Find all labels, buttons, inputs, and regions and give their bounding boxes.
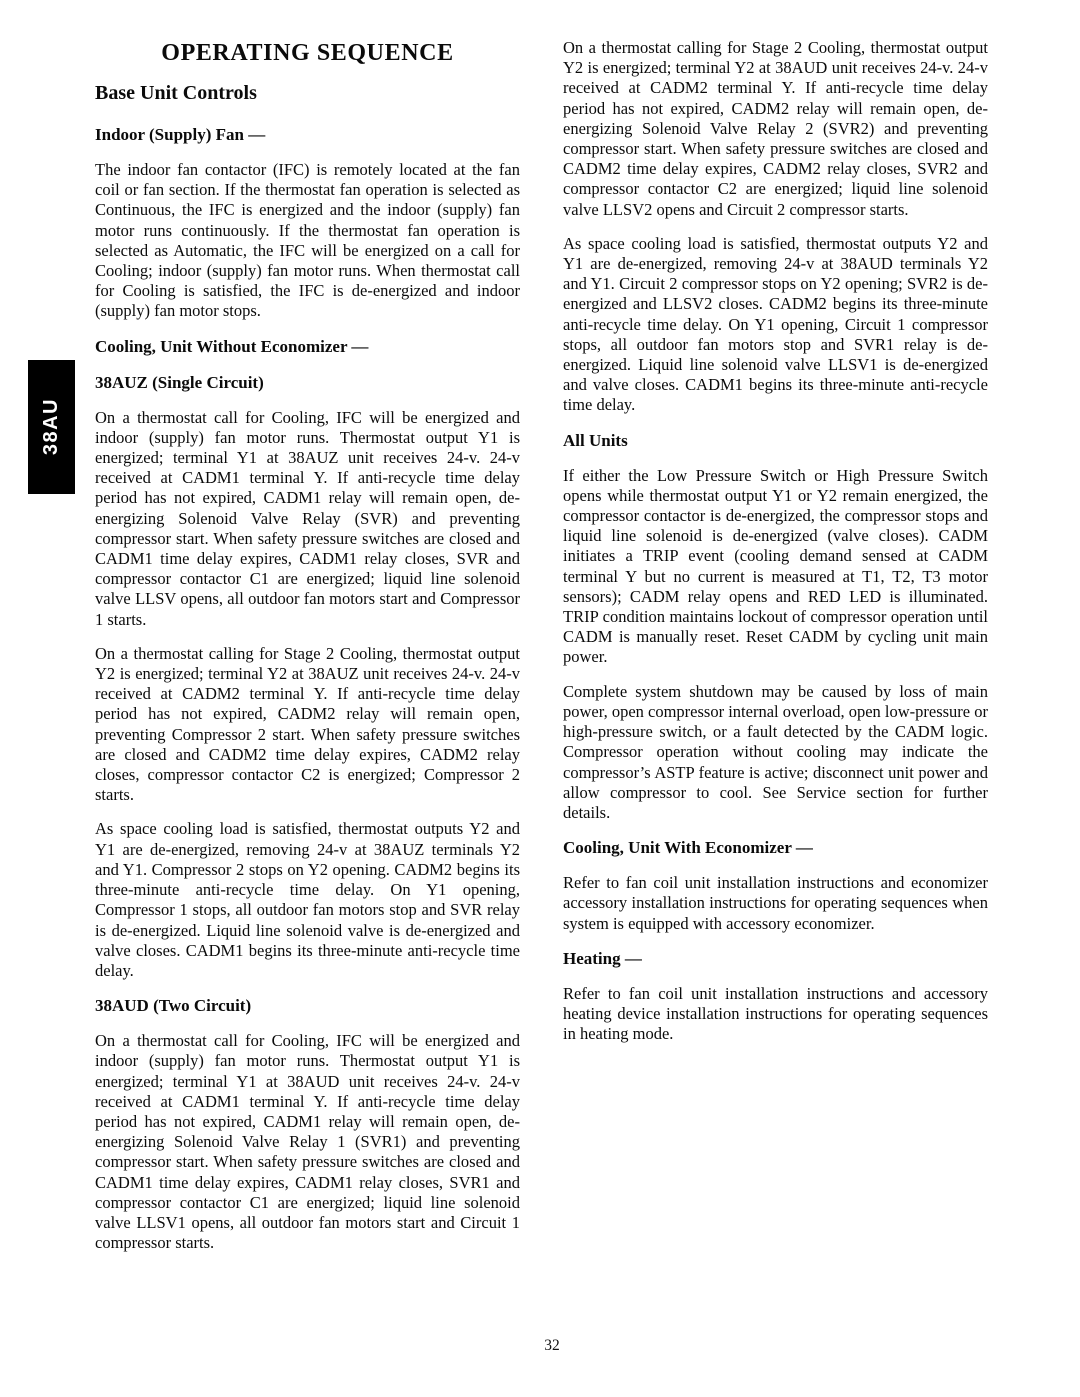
paragraph: If either the Low Pressure Switch or Hig… bbox=[563, 466, 988, 668]
subheading-all-units: All Units bbox=[563, 430, 988, 451]
paragraph: On a thermostat call for Cooling, IFC wi… bbox=[95, 408, 520, 630]
subheading-cooling-without-economizer: Cooling, Unit Without Economizer — bbox=[95, 336, 520, 357]
paragraph: The indoor fan contactor (IFC) is remote… bbox=[95, 160, 520, 322]
page-title: OPERATING SEQUENCE bbox=[95, 38, 520, 68]
paragraph: On a thermostat call for Cooling, IFC wi… bbox=[95, 1031, 520, 1253]
subheading-heating: Heating — bbox=[563, 948, 988, 969]
paragraph: As space cooling load is satisfied, ther… bbox=[95, 819, 520, 981]
subheading-indoor-supply-fan: Indoor (Supply) Fan — bbox=[95, 124, 520, 145]
page-number: 32 bbox=[95, 1337, 1009, 1355]
paragraph: On a thermostat calling for Stage 2 Cool… bbox=[95, 644, 520, 806]
subheading-cooling-with-economizer: Cooling, Unit With Economizer — bbox=[563, 837, 988, 858]
paragraph: On a thermostat calling for Stage 2 Cool… bbox=[563, 38, 988, 220]
subheading-38auz-single-circuit: 38AUZ (Single Circuit) bbox=[95, 372, 520, 393]
left-column: OPERATING SEQUENCE Base Unit Controls In… bbox=[95, 38, 520, 1267]
right-column: On a thermostat calling for Stage 2 Cool… bbox=[563, 38, 988, 1267]
side-tab-label: 38AU bbox=[40, 398, 63, 455]
paragraph: As space cooling load is satisfied, ther… bbox=[563, 234, 988, 416]
page-body: OPERATING SEQUENCE Base Unit Controls In… bbox=[95, 38, 989, 1267]
subheading-38aud-two-circuit: 38AUD (Two Circuit) bbox=[95, 995, 520, 1016]
paragraph: Refer to fan coil unit installation inst… bbox=[563, 873, 988, 934]
paragraph: Refer to fan coil unit installation inst… bbox=[563, 984, 988, 1045]
side-tab-38au: 38AU bbox=[28, 360, 75, 494]
paragraph: Complete system shutdown may be caused b… bbox=[563, 682, 988, 823]
section-heading-base-unit-controls: Base Unit Controls bbox=[95, 81, 520, 106]
